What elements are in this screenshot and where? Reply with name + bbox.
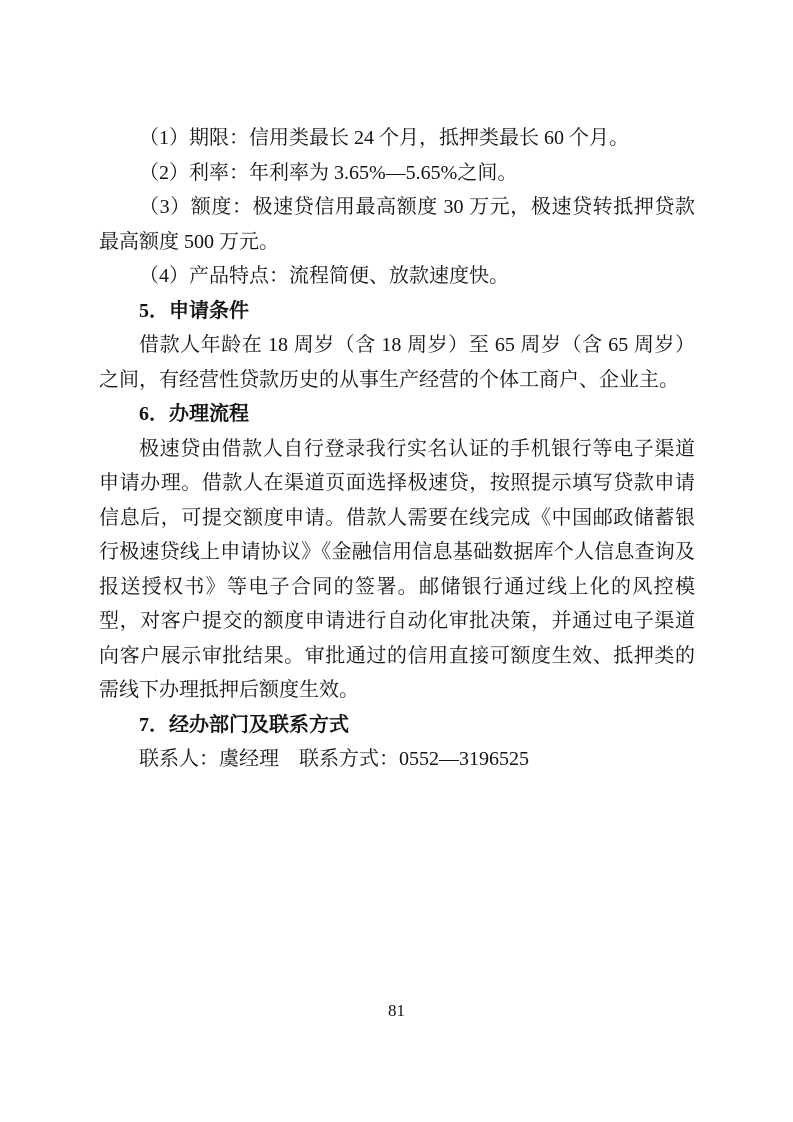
paragraph-contact-info: 联系人：虞经理 联系方式：0552—3196525 <box>99 742 695 777</box>
section-heading-application-conditions: 5．申请条件 <box>99 294 695 329</box>
page-footer: 81 <box>0 999 793 1023</box>
document-page: （1）期限：信用类最长 24 个月，抵押类最长 60 个月。 （2）利率：年利率… <box>0 0 793 1122</box>
section-heading-handling-process: 6．办理流程 <box>99 397 695 432</box>
list-item-interest-rate: （2）利率：年利率为 3.65%—5.65%之间。 <box>99 156 695 191</box>
page-number: 81 <box>388 1001 405 1020</box>
list-item-term: （1）期限：信用类最长 24 个月，抵押类最长 60 个月。 <box>99 121 695 156</box>
section-heading-contact-department: 7．经办部门及联系方式 <box>99 708 695 743</box>
document-body: （1）期限：信用类最长 24 个月，抵押类最长 60 个月。 （2）利率：年利率… <box>99 121 695 777</box>
paragraph-handling-process: 极速贷由借款人自行登录我行实名认证的手机银行等电子渠道申请办理。借款人在渠道页面… <box>99 432 695 708</box>
list-item-product-features: （4）产品特点：流程简便、放款速度快。 <box>99 259 695 294</box>
paragraph-application-conditions: 借款人年龄在 18 周岁（含 18 周岁）至 65 周岁（含 65 周岁）之间，… <box>99 328 695 397</box>
list-item-credit-limit: （3）额度：极速贷信用最高额度 30 万元，极速贷转抵押贷款最高额度 500 万… <box>99 190 695 259</box>
